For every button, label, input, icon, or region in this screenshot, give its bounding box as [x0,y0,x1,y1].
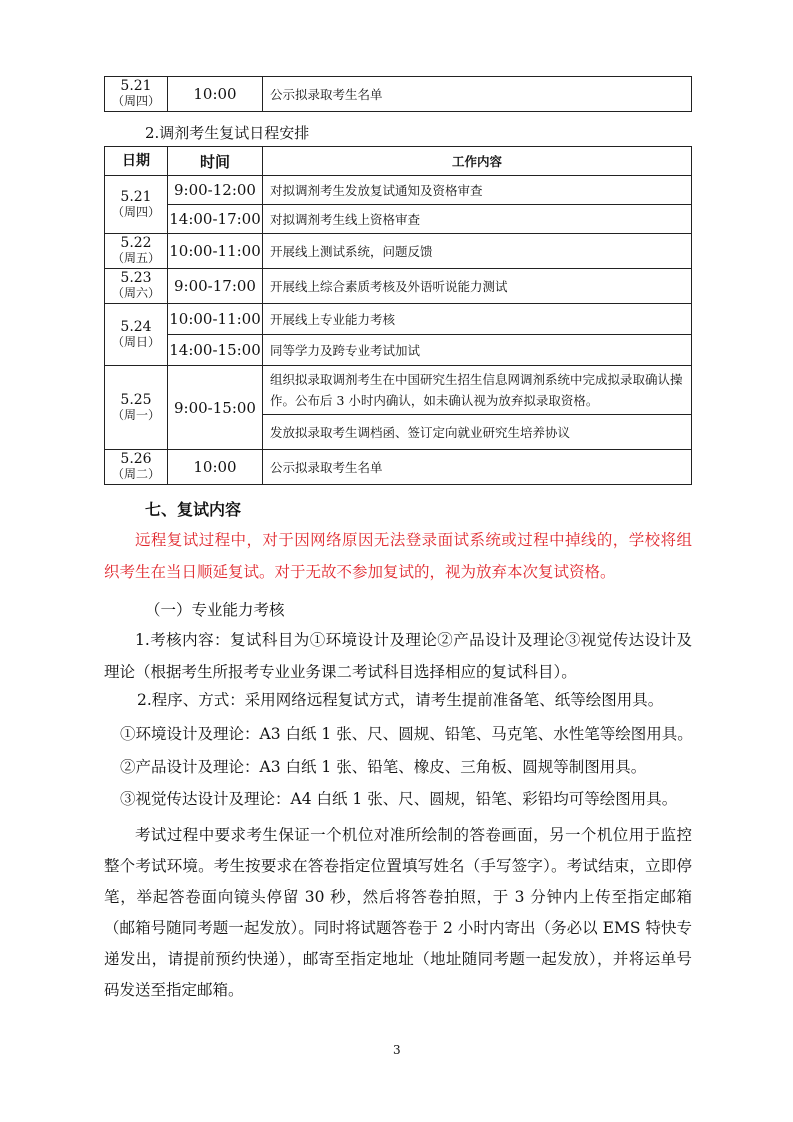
work-cell: 公示拟录取考生名单 [263,450,692,485]
tools-item: ③视觉传达设计及理论：A4 白纸 1 张、尺、圆规，铅笔、彩铅均可等绘图用具。 [120,787,677,809]
time-cell: 9:00-12:00 [168,176,263,205]
table-row: 14:00-17:00 对拟调剂考生线上资格审查 [105,205,692,234]
header-date: 日期 [105,147,168,176]
date-cell: 5.25 （周一） [105,366,168,450]
table-row: 5.22 （周五） 10:00-11:00 开展线上测试系统，问题反馈 [105,234,692,269]
date-cell: 5.21 （周四） [105,77,168,112]
date-cell: 5.24 （周日） [105,304,168,366]
date: 5.21 [120,78,151,94]
table-row: 5.21 （周四） 9:00-12:00 对拟调剂考生发放复试通知及资格审查 [105,176,692,205]
page-number: 3 [393,1043,401,1057]
weekday: （周日） [105,335,167,350]
date-cell: 5.22 （周五） [105,234,168,269]
time-cell: 10:00-11:00 [168,234,263,269]
assessment-content: 1.考核内容：复试科目为①环境设计及理论②产品设计及理论③视觉传达设计及理论（根… [104,624,692,688]
notice-paragraph: 远程复试过程中，对于因网络原因无法登录面试系统或过程中掉线的，学校将组织考生在当… [104,524,692,588]
weekday: （周二） [105,467,167,482]
work-cell: 组织拟录取调剂考生在中国研究生招生信息网调剂系统中完成拟录取确认操作。公布后 3… [263,366,692,415]
table-row: 5.23 （周六） 9:00-17:00 开展线上综合素质考核及外语听说能力测试 [105,269,692,304]
time-cell: 10:00 [168,77,263,112]
weekday: （周四） [105,94,167,109]
date: 5.22 [120,235,151,251]
table-row: 5.24 （周日） 10:00-11:00 开展线上专业能力考核 [105,304,692,335]
work-cell: 开展线上综合素质考核及外语听说能力测试 [263,269,692,304]
date: 5.21 [120,189,151,205]
work-cell: 公示拟录取考生名单 [263,77,692,112]
table-row: 5.26 （周二） 10:00 公示拟录取考生名单 [105,450,692,485]
table-header-row: 日期 时间 工作内容 [105,147,692,176]
subsection-heading: （一）专业能力考核 [145,598,285,620]
header-work: 工作内容 [263,147,692,176]
work-cell: 开展线上测试系统，问题反馈 [263,234,692,269]
table-row: 5.25 （周一） 9:00-15:00 组织拟录取调剂考生在中国研究生招生信息… [105,366,692,415]
weekday: （周五） [105,251,167,266]
work-cell: 发放拟录取考生调档函、签订定向就业研究生培养协议 [263,415,692,450]
date-cell: 5.26 （周二） [105,450,168,485]
time-cell: 10:00 [168,450,263,485]
section-heading: 七、复试内容 [145,497,241,520]
schedule-table-2: 日期 时间 工作内容 5.21 （周四） 9:00-12:00 对拟调剂考生发放… [104,146,692,485]
document-page: 5.21 （周四） 10:00 公示拟录取考生名单 2.调剂考生复试日程安排 日… [0,0,793,1122]
date: 5.24 [120,319,151,335]
process-paragraph: 考试过程中要求考生保证一个机位对准所绘制的答卷画面，另一个机位用于监控整个考试环… [104,820,692,1006]
work-cell: 同等学力及跨专业考试加试 [263,335,692,366]
date-cell: 5.21 （周四） [105,176,168,234]
weekday: （周一） [105,408,167,423]
weekday: （周四） [105,205,167,220]
schedule-table-1: 5.21 （周四） 10:00 公示拟录取考生名单 [104,76,692,112]
time-cell: 14:00-17:00 [168,205,263,234]
work-cell: 开展线上专业能力考核 [263,304,692,335]
work-cell: 对拟调剂考生发放复试通知及资格审查 [263,176,692,205]
tools-item: ①环境设计及理论：A3 白纸 1 张、尺、圆规、铅笔、马克笔、水性笔等绘图用具。 [120,722,693,744]
weekday: （周六） [105,286,167,301]
time-cell: 14:00-15:00 [168,335,263,366]
header-time: 时间 [168,147,263,176]
procedure-text: 2.程序、方式：采用网络远程复试方式，请考生提前准备笔、纸等绘图用具。 [137,688,663,710]
work-cell: 对拟调剂考生线上资格审查 [263,205,692,234]
time-cell: 9:00-17:00 [168,269,263,304]
time-cell: 10:00-11:00 [168,304,263,335]
time-cell: 9:00-15:00 [168,366,263,450]
table-row: 14:00-15:00 同等学力及跨专业考试加试 [105,335,692,366]
date: 5.26 [120,451,151,467]
tools-item: ②产品设计及理论：A3 白纸 1 张、铅笔、橡皮、三角板、圆规等制图用具。 [120,755,646,777]
date: 5.25 [120,392,151,408]
table-row: 5.21 （周四） 10:00 公示拟录取考生名单 [105,77,692,112]
date: 5.23 [120,270,151,286]
table-caption: 2.调剂考生复试日程安排 [145,122,309,143]
date-cell: 5.23 （周六） [105,269,168,304]
